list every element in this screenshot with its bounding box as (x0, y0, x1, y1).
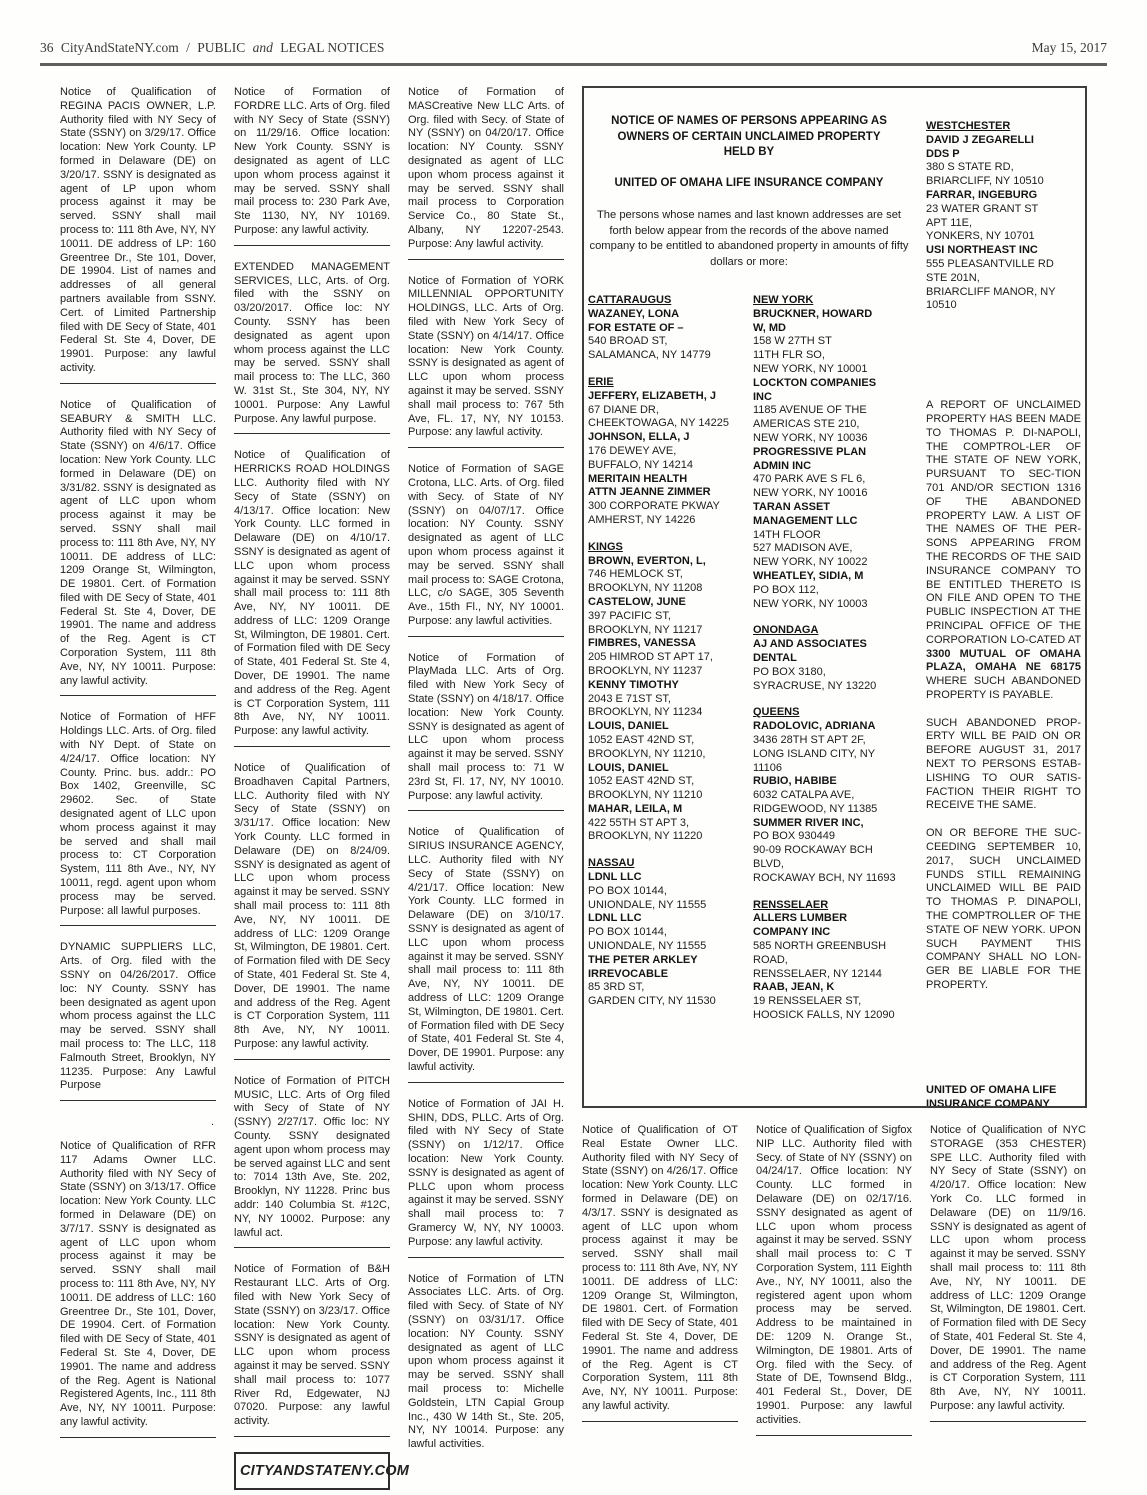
owner-name: ALLERS LUMBER COMPANY INC (753, 912, 906, 940)
owner-name: LOUIS, DANIEL (588, 720, 741, 734)
owner-name: AJ AND ASSOCIATES DENTAL (753, 638, 906, 666)
county-group: NASSAULDNL LLCPO BOX 10144, UNIONDALE, N… (588, 857, 741, 1009)
header-separator: / (186, 40, 190, 55)
owner-name: BRUCKNER, HOWARD W, MD (753, 308, 906, 336)
bottom-notice-column: Notice of Qualification of NYC STORAGE (… (930, 1124, 1086, 1451)
owner-address: 540 BROAD ST, SALAMANCA, NY 14779 (588, 335, 741, 363)
county-header: WESTCHESTER (926, 120, 1081, 134)
brand-name: CityAndStateNY.com (61, 40, 179, 55)
owner-name: SUMMER RIVER INC, (753, 817, 906, 831)
owner-name: LDNL LLC (588, 912, 741, 926)
notice-divider (234, 1247, 390, 1248)
county-group: KINGSBROWN, EVERTON, L,746 HEMLOCK ST, B… (588, 541, 741, 845)
newspaper-legal-notices-page: 36 CityAndStateNY.com / PUBLIC and LEGAL… (0, 0, 1147, 1495)
report-text: ON OR BEFORE THE SUC-CEEDING SEPTEMBER 1… (926, 827, 1081, 991)
unclaimed-notice-company: UNITED OF OMAHA LIFE INSURANCE COMPANY (588, 176, 910, 192)
legal-notice: Notice of Qualification of SIRIUS INSURA… (408, 826, 564, 1074)
notice-divider (582, 1421, 738, 1422)
county-header: NEW YORK (753, 294, 906, 308)
owner-address: 205 HIMROD ST APT 17, BROOKLYN, NY 11237 (588, 651, 741, 679)
legal-notice: Notice of Formation of JAI H. SHIN, DDS,… (408, 1098, 564, 1250)
county-header: RENSSELAER (753, 899, 906, 913)
legal-notice: Notice of Qualification of REGINA PACIS … (60, 86, 216, 376)
cityandstateny-promo: CITYANDSTATENY.COM (234, 1452, 390, 1490)
owner-name: KENNY TIMOTHY (588, 679, 741, 693)
bottom-notice-column: Notice of Qualification of Sigfox NIP LL… (756, 1124, 912, 1451)
owner-address: 555 PLEASANTVILLE RD STE 201N, BRIARCLIF… (926, 258, 1081, 313)
report-text: SUCH ABANDONED PROP-ERTY WILL BE PAID ON… (926, 717, 1081, 812)
owner-address: 67 DIANE DR, CHEEKTOWAGA, NY 14225 (588, 404, 741, 432)
company-signature: UNITED OF OMAHA LIFE INSURANCE COMPANY (926, 1083, 1081, 1108)
notice-divider (930, 1421, 1086, 1422)
unclaimed-notice-intro: The persons whose names and last known a… (588, 208, 910, 270)
header-rule (40, 63, 1107, 66)
report-paragraph: A REPORT OF UNCLAIMED PROPERTY HAS BEEN … (926, 399, 1081, 703)
unclaimed-box-left: NOTICE OF NAMES OF PERSONS APPEARING AS … (588, 114, 910, 1106)
owner-address: PO BOX 112, NEW YORK, NY 10003 (753, 584, 906, 612)
owner-name: FIMBRES, VANESSA (588, 637, 741, 651)
owner-names-column-3: WESTCHESTERDAVID J ZEGARELLI DDS P380 S … (926, 120, 1081, 313)
county-header: NASSAU (588, 857, 741, 871)
section-title-and: and (253, 40, 273, 55)
county-group: NEW YORKBRUCKNER, HOWARD W, MD158 W 27TH… (753, 294, 906, 611)
owner-address: 85 3RD ST, GARDEN CITY, NY 11530 (588, 981, 741, 1009)
legal-notice: Notice of Qualification of Sigfox NIP LL… (756, 1124, 912, 1428)
notice-divider (234, 1436, 390, 1437)
owner-name: MERITAIN HEALTH ATTN JEANNE ZIMMER (588, 473, 741, 501)
bottom-notice-column: Notice of Qualification of OT Real Estat… (582, 1124, 738, 1451)
county-group: RENSSELAERALLERS LUMBER COMPANY INC585 N… (753, 899, 906, 1023)
county-header: ONONDAGA (753, 624, 906, 638)
owner-name: JOHNSON, ELLA, J (588, 431, 741, 445)
owner-address: 380 S STATE RD, BRIARCLIFF, NY 10510 (926, 161, 1081, 189)
legal-notice: Notice of Formation of PITCH MUSIC, LLC.… (234, 1075, 390, 1241)
legal-notice: Notice of Qualification of RFR 117 Adams… (60, 1140, 216, 1430)
owner-name: BROWN, EVERTON, L, (588, 555, 741, 569)
owner-address: 397 PACIFIC ST, BROOKLYN, NY 11217 (588, 610, 741, 638)
owner-address: 19 RENSSELAER ST, HOOSICK FALLS, NY 1209… (753, 995, 906, 1023)
owner-address: 176 DEWEY AVE, BUFFALO, NY 14214 (588, 445, 741, 473)
owner-names-column-2: NEW YORKBRUCKNER, HOWARD W, MD158 W 27TH… (753, 294, 906, 1036)
legal-column-2: Notice of Formation of FORDRE LLC. Arts … (234, 86, 390, 1490)
notice-divider (756, 1435, 912, 1436)
unclaimed-box-right: WESTCHESTERDAVID J ZEGARELLI DDS P380 S … (926, 120, 1081, 1106)
legal-notice: Notice of Formation of B&H Restaurant LL… (234, 1263, 390, 1429)
owner-address: 1052 EAST 42ND ST, BROOKLYN, NY 11210, (588, 734, 741, 762)
legal-notice: Notice of Formation of FORDRE LLC. Arts … (234, 86, 390, 238)
owner-name: WHEATLEY, SIDIA, M (753, 570, 906, 584)
owner-name: LOUIS, DANIEL (588, 762, 741, 776)
notice-divider (60, 1437, 216, 1438)
legal-column-3: Notice of Formation of MASCreative New L… (408, 86, 564, 1490)
legal-notice: DYNAMIC SUPPLIERS LLC, Arts. of Org. fil… (60, 941, 216, 1093)
legal-notice: Notice of Qualification of Broadhaven Ca… (234, 762, 390, 1052)
owner-address: 300 CORPORATE PKWAY AMHERST, NY 14226 (588, 500, 741, 528)
owner-name: THE PETER ARKLEY IRREVOCABLE (588, 954, 741, 982)
legal-notice: EXTENDED MANAGEMENT SERVICES, LLC, Arts.… (234, 261, 390, 427)
notice-divider (234, 245, 390, 246)
county-group: ONONDAGAAJ AND ASSOCIATES DENTALPO BOX 3… (753, 624, 906, 693)
legal-notice: Notice of Formation of HFF Holdings LLC.… (60, 711, 216, 918)
legal-notice: Notice of Formation of SAGE Crotona, LLC… (408, 463, 564, 629)
owner-address: PO BOX 10144, UNIONDALE, NY 11555 (588, 885, 741, 913)
owner-name: RADOLOVIC, ADRIANA (753, 720, 906, 734)
notice-divider (234, 746, 390, 747)
owner-address: 6032 CATALPA AVE, RIDGEWOOD, NY 11385 (753, 789, 906, 817)
unclaimed-notice-title: NOTICE OF NAMES OF PERSONS APPEARING AS … (588, 114, 910, 161)
owner-address: 585 NORTH GREENBUSH ROAD, RENSSELAER, NY… (753, 940, 906, 981)
report-text: A REPORT OF UNCLAIMED PROPERTY HAS BEEN … (926, 399, 1081, 646)
report-text: WHERE SUCH ABANDONED PROPERTY IS PAYABLE… (926, 675, 1081, 701)
page-header: 36 CityAndStateNY.com / PUBLIC and LEGAL… (40, 40, 1107, 56)
legal-notice: Notice of Formation of PlayMada LLC. Art… (408, 652, 564, 804)
county-group: ERIEJEFFERY, ELIZABETH, J67 DIANE DR, CH… (588, 376, 741, 528)
legal-notice: Notice of Qualification of HERRICKS ROAD… (234, 449, 390, 739)
owner-address: PO BOX 10144, UNIONDALE, NY 11555 (588, 926, 741, 954)
owner-address: 3436 28TH ST APT 2F, LONG ISLAND CITY, N… (753, 734, 906, 775)
owner-name: JEFFERY, ELIZABETH, J (588, 390, 741, 404)
notice-divider (408, 810, 564, 811)
owner-name: WAZANEY, LONA FOR ESTATE OF – (588, 308, 741, 336)
owner-name: FARRAR, INGEBURG (926, 189, 1081, 203)
notice-divider (408, 636, 564, 637)
notice-divider (408, 1257, 564, 1258)
owner-name: RAAB, JEAN, K (753, 981, 906, 995)
owner-name: CASTELOW, JUNE (588, 596, 741, 610)
notice-divider (234, 433, 390, 434)
legal-notice: Notice of Qualification of OT Real Estat… (582, 1124, 738, 1414)
owner-address: 422 55TH ST APT 3, BROOKLYN, NY 11220 (588, 817, 741, 845)
notice-divider (60, 1100, 216, 1101)
notice-divider (408, 259, 564, 260)
legal-notice: Notice of Qualification of SEABURY & SMI… (60, 399, 216, 689)
owner-address: 746 HEMLOCK ST, BROOKLYN, NY 11208 (588, 568, 741, 596)
legal-notice: Notice of Formation of MASCreative New L… (408, 86, 564, 252)
owner-address: 470 PARK AVE S FL 6, NEW YORK, NY 10016 (753, 473, 906, 501)
owner-name-columns: CATTARAUGUSWAZANEY, LONA FOR ESTATE OF –… (588, 294, 910, 1036)
bottom-notices-row: Notice of Qualification of OT Real Estat… (582, 1124, 1087, 1451)
owner-names-column-1: CATTARAUGUSWAZANEY, LONA FOR ESTATE OF –… (588, 294, 741, 1036)
owner-name: LDNL LLC (588, 871, 741, 885)
report-paragraph: SUCH ABANDONED PROP-ERTY WILL BE PAID ON… (926, 717, 1081, 814)
owner-name: MAHAR, LEILA, M (588, 803, 741, 817)
report-paragraph: ON OR BEFORE THE SUC-CEEDING SEPTEMBER 1… (926, 827, 1081, 993)
owner-name: TARAN ASSET MANAGEMENT LLC (753, 501, 906, 529)
legal-column-1: Notice of Qualification of REGINA PACIS … (60, 86, 216, 1490)
county-header: CATTARAUGUS (588, 294, 741, 308)
county-group: QUEENSRADOLOVIC, ADRIANA3436 28TH ST APT… (753, 706, 906, 885)
owner-address: 158 W 27TH ST 11TH FLR SO, NEW YORK, NY … (753, 335, 906, 376)
owner-name: RUBIO, HABIBE (753, 775, 906, 789)
section-title-part1: PUBLIC (197, 40, 245, 55)
owner-name: PROGRESSIVE PLAN ADMIN INC (753, 446, 906, 474)
legal-notice: Notice of Qualification of NYC STORAGE (… (930, 1124, 1086, 1414)
county-header: ERIE (588, 376, 741, 390)
county-header: QUEENS (753, 706, 906, 720)
owner-address: 14TH FLOOR 527 MADISON AVE, NEW YORK, NY… (753, 529, 906, 570)
owner-address: 23 WATER GRANT ST APT 11E, YONKERS, NY 1… (926, 203, 1081, 244)
owner-name: LOCKTON COMPANIES INC (753, 377, 906, 405)
owner-address: PO BOX 930449 90-09 ROCKAWAY BCH BLVD, R… (753, 830, 906, 885)
unclaimed-property-box: NOTICE OF NAMES OF PERSONS APPEARING AS … (582, 86, 1087, 1108)
notice-divider (60, 925, 216, 926)
issue-date: May 15, 2017 (1032, 40, 1107, 56)
owner-address: PO BOX 3180, SYRACRUSE, NY 13220 (753, 666, 906, 694)
section-title-part2: LEGAL NOTICES (280, 40, 384, 55)
header-left: 36 CityAndStateNY.com / PUBLIC and LEGAL… (40, 40, 388, 56)
owner-name: USI NORTHEAST INC (926, 244, 1081, 258)
stray-period: . (60, 1116, 214, 1130)
notice-divider (408, 1082, 564, 1083)
notices-content: Notice of Qualification of REGINA PACIS … (60, 86, 1087, 1490)
notice-divider (234, 1059, 390, 1060)
legal-notice: Notice of Formation of LTN Associates LL… (408, 1273, 564, 1452)
legal-notice: Notice of Formation of YORK MILLENNIAL O… (408, 275, 564, 441)
county-header: KINGS (588, 541, 741, 555)
county-group: CATTARAUGUSWAZANEY, LONA FOR ESTATE OF –… (588, 294, 741, 363)
owner-address: 1185 AVENUE OF THE AMERICAS STE 210, NEW… (753, 404, 906, 445)
notice-divider (60, 695, 216, 696)
notice-divider (60, 383, 216, 384)
unclaimed-property-section: NOTICE OF NAMES OF PERSONS APPEARING AS … (582, 86, 1087, 1490)
page-number: 36 (40, 40, 54, 55)
notice-divider (408, 447, 564, 448)
owner-address: 1052 EAST 42ND ST, BROOKLYN, NY 11210 (588, 775, 741, 803)
owner-name: DAVID J ZEGARELLI DDS P (926, 134, 1081, 162)
county-group: WESTCHESTERDAVID J ZEGARELLI DDS P380 S … (926, 120, 1081, 313)
owner-address: 2043 E 71ST ST, BROOKLYN, NY 11234 (588, 693, 741, 721)
report-bold-text: 3300 MUTUAL OF OMAHA PLAZA, OMAHA NE 681… (926, 648, 1081, 674)
report-paragraphs: A REPORT OF UNCLAIMED PROPERTY HAS BEEN … (926, 399, 1081, 993)
